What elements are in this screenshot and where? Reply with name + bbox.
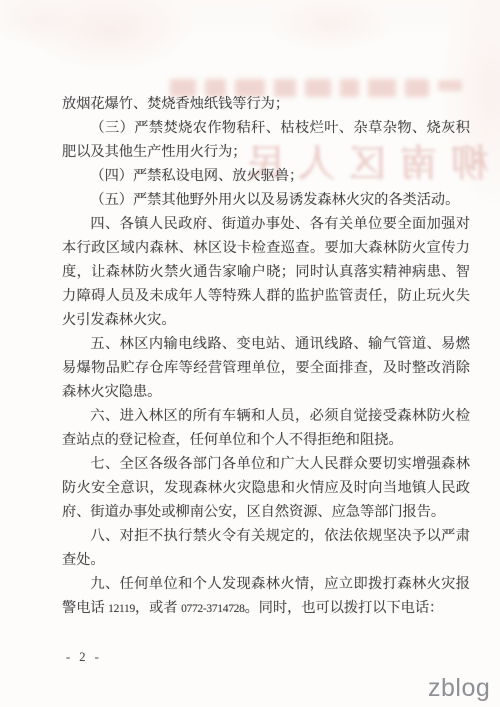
- paragraph: （四）严禁私设电网、放火驱兽；: [62, 164, 470, 188]
- paragraph: 四、各镇人民政府、街道办事处、各有关单位要全面加强对本行政区域内森林、林区设卡检…: [62, 212, 470, 332]
- paragraph: 放烟花爆竹、焚烧香烛纸钱等行为；: [62, 92, 470, 116]
- paragraph: 五、林区内输电线路、变电站、通讯线路、输气管道、易燃易爆物品贮存仓库等经营管理单…: [62, 332, 470, 404]
- paragraph: 六、进入林区的所有车辆和人员，必须自觉接受森林防火检查站点的登记检查，任何单位和…: [62, 404, 470, 452]
- page-number: - 2 -: [66, 650, 102, 665]
- paragraph: 八、对拒不执行禁火令有关规定的，依法依规坚决予以严肃查处。: [62, 524, 470, 572]
- scanned-page: 柳南区人民 放烟花爆竹、焚烧香烛纸钱等行为；（三）严禁焚烧农作物秸秆、枯枝烂叶、…: [0, 0, 500, 707]
- paragraph: （三）严禁焚烧农作物秸秆、枯枝烂叶、杂草杂物、烧灰积肥以及其他生产性用火行为；: [62, 116, 470, 164]
- paragraph: 七、全区各级各部门各单位和广大人民群众要切实增强森林防火安全意识，发现森林火灾隐…: [62, 452, 470, 524]
- document-body: 放烟花爆竹、焚烧香烛纸钱等行为；（三）严禁焚烧农作物秸秆、枯枝烂叶、杂草杂物、烧…: [62, 92, 470, 621]
- paragraph: 九、任何单位和个人发现森林火情，应立即拨打森林火灾报警电话 12119，或者 0…: [62, 572, 470, 621]
- paragraph: （五）严禁其他野外用火以及易诱发森林火灾的各类活动。: [62, 188, 470, 212]
- red-bleedthrough-mark: [438, 80, 462, 91]
- zblog-watermark: zblog: [428, 674, 490, 703]
